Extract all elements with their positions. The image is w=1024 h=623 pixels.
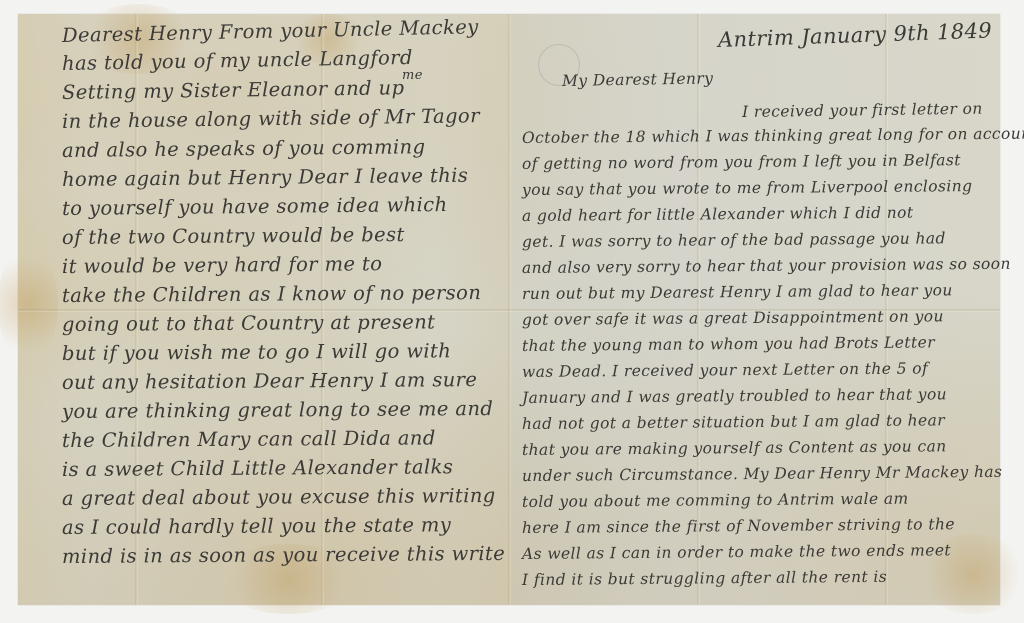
- letter-line: of the two Country would be best: [62, 223, 405, 249]
- letter-line: the Children Mary can call Dida and: [62, 426, 436, 452]
- letter-line: January and I was greatly troubled to he…: [522, 385, 947, 407]
- letter-line: a great deal about you excuse this writi…: [62, 484, 496, 510]
- paper-stain: [0, 244, 58, 364]
- letter-line: as I could hardly tell you the state my: [62, 513, 451, 539]
- letter-line: is a sweet Child Little Alexander talks: [62, 455, 453, 481]
- letter-line: I received your first letter on: [742, 100, 983, 121]
- letter-line: here I am since the first of November st…: [522, 515, 955, 537]
- letter-line: As well as I can in order to make the tw…: [522, 541, 951, 563]
- letter-line: Setting my Sister Eleanor and up: [62, 76, 405, 104]
- letter-line: of getting no word from you from I left …: [522, 151, 961, 173]
- salutation: My Dearest Henry: [562, 69, 714, 90]
- letter-line: it would be very hard for me to: [62, 252, 383, 278]
- letter-line: run out but my Dearest Henry I am glad t…: [522, 281, 953, 303]
- letter-line: take the Children as I know of no person: [62, 281, 481, 307]
- letter-line: told you about me comming to Antrim wale…: [522, 490, 909, 511]
- letter-line: going out to that Country at present: [62, 310, 436, 336]
- letter-line: was Dead. I received your next Letter on…: [522, 359, 928, 381]
- letter-line: get. I was sorry to hear of the bad pass…: [522, 229, 946, 251]
- letter-line: that you are making yourself as Content …: [522, 437, 947, 459]
- letter-line: that the young man to whom you had Brots…: [522, 333, 935, 355]
- letter-line: out any hesitation Dear Henry I am sure: [62, 368, 477, 394]
- letter-line: and also he speaks of you comming: [62, 135, 426, 162]
- letter-line: to yourself you have some idea which: [62, 193, 448, 220]
- letter-line: home again but Henry Dear I leave this: [62, 164, 468, 191]
- inserted-word: me: [402, 68, 423, 83]
- letter-line: I find it is but struggling after all th…: [522, 568, 887, 589]
- letter-line: got over safe it was a great Disappointm…: [522, 307, 944, 329]
- letter-line: you are thinking great long to see me an…: [62, 397, 493, 423]
- letter-line: mind is in as soon as you receive this w…: [62, 542, 505, 568]
- letter-line: had not got a better situation but I am …: [522, 411, 945, 433]
- letter-line: a gold heart for little Alexander which …: [522, 204, 914, 225]
- letter-line: but if you wish me to go I will go with: [62, 339, 451, 365]
